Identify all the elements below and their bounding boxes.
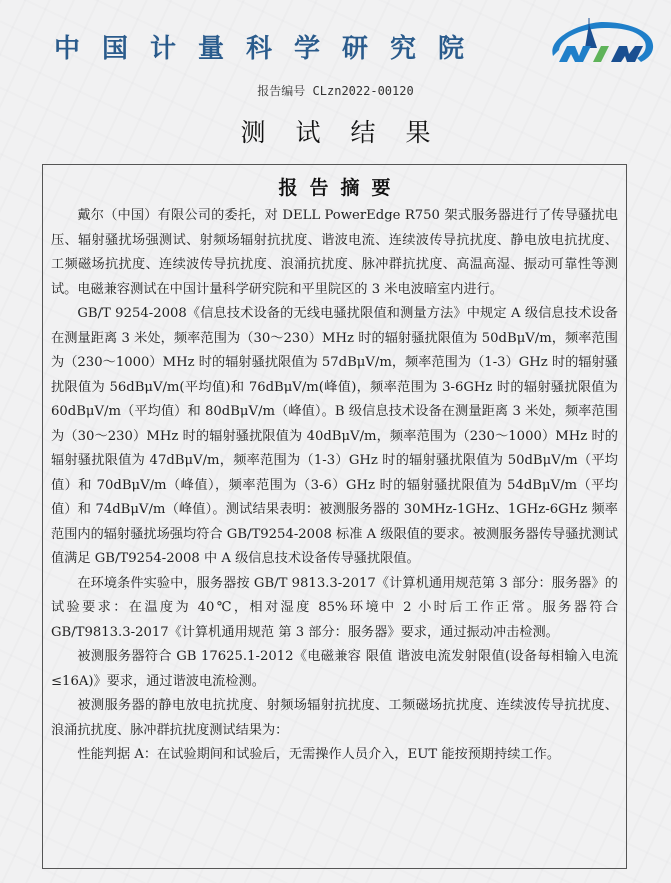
paragraph-emission-limits: GB/T 9254-2008《信息技术设备的无线电骚扰限值和测量方法》中规定 A… xyxy=(51,302,618,572)
paragraph-harmonic-current: 被测服务器符合 GB 17625.1-2012《电磁兼容 限值 谐波电流发射限值… xyxy=(51,645,618,694)
report-number-value: CLzn2022-00120 xyxy=(313,84,414,98)
institute-name: 中国计量科学研究院 xyxy=(54,28,486,65)
summary-body: 戴尔（中国）有限公司的委托，对 DELL PowerEdge R750 架式服务… xyxy=(43,200,626,768)
report-number-label: 报告编号 xyxy=(257,84,305,98)
paragraph-immunity-tests: 被测服务器的静电放电抗扰度、射频场辐射抗扰度、工频磁场抗扰度、连续波传导抗扰度、… xyxy=(51,694,618,743)
summary-box: 报告摘要 戴尔（中国）有限公司的委托，对 DELL PowerEdge R750… xyxy=(42,164,627,869)
paragraph-performance-criterion: 性能判据 A：在试验期间和试验后，无需操作人员介入，EUT 能按预期持续工作。 xyxy=(51,743,618,768)
summary-title: 报告摘要 xyxy=(43,173,626,200)
page-title: 测试结果 xyxy=(0,113,671,149)
nim-logo-icon xyxy=(545,18,657,68)
paragraph-environment-test: 在环境条件实验中，服务器按 GB/T 9813.3-2017《计算机通用规范第 … xyxy=(51,572,618,646)
report-number: 报告编号 CLzn2022-00120 xyxy=(0,82,671,99)
report-header: 中国计量科学研究院 报告编号 CLzn2022-00120 测试结果 xyxy=(0,0,671,90)
paragraph-commission: 戴尔（中国）有限公司的委托，对 DELL PowerEdge R750 架式服务… xyxy=(51,204,618,302)
